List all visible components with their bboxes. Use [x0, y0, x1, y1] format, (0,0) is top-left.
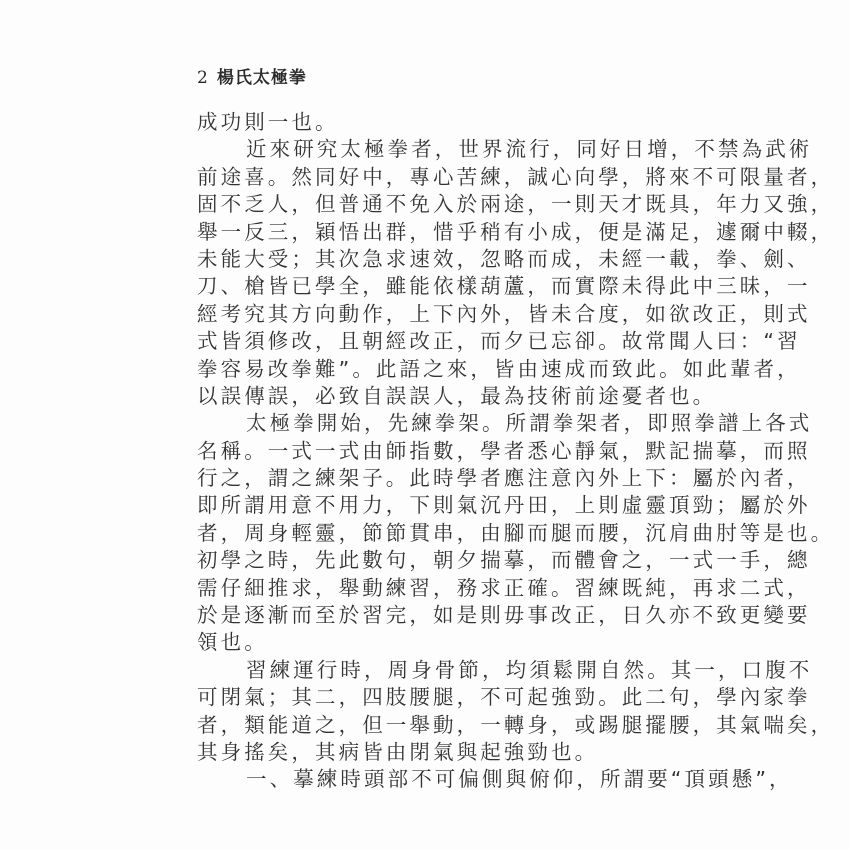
text-line: 未能大受；其次急求速效，忽略而成，未經一載，拳、劍、: [197, 246, 667, 273]
text-line: 於是逐漸而至於習完，如是則毋事改正，日久亦不致更變要: [197, 602, 667, 629]
text-line: 其身搖矣，其病皆由閉氣與起強勁也。: [197, 739, 667, 766]
text-line: 拳容易改拳難”。此語之來，皆由速成而致此。如此輩者，: [197, 356, 667, 383]
text-line: 名稱。一式一式由師指數，學者悉心靜氣，默記揣摹，而照: [197, 438, 667, 465]
text-line: 刀、槍皆已學全，雖能依樣葫蘆，而實際未得此中三昧，一: [197, 273, 667, 300]
text-line: 近來研究太極拳者，世界流行，同好日增，不禁為武術: [197, 136, 667, 163]
text-line: 需仔細推求，舉動練習，務求正確。習練既純，再求二式，: [197, 575, 667, 602]
text-line: 行之，謂之練架子。此時學者應注意內外上下：屬於內者，: [197, 465, 667, 492]
text-line: 固不乏人，但普通不免入於兩途，一則天才既具，年力又強，: [197, 191, 667, 218]
text-line: 式皆須修改，且朝經改正，而夕已忘卻。故常聞人曰：“習: [197, 328, 667, 355]
page-number: 2: [197, 68, 209, 88]
book-title: 楊氏太極拳: [217, 68, 307, 88]
text-line: 成功則一也。: [197, 109, 667, 136]
text-line: 前途喜。然同好中，專心苦練，誠心向學，將來不可限量者，: [197, 164, 667, 191]
book-page: 2楊氏太極拳 成功則一也。 近來研究太極拳者，世界流行，同好日增，不禁為武術 前…: [0, 0, 850, 850]
text-line: 習練運行時，周身骨節，均須鬆開自然。其一，口腹不: [197, 657, 667, 684]
body-text: 成功則一也。 近來研究太極拳者，世界流行，同好日增，不禁為武術 前途喜。然同好中…: [197, 109, 667, 794]
text-line: 者，類能道之，但一舉動，一轉身，或踢腿擺腰，其氣喘矣，: [197, 712, 667, 739]
text-line: 即所謂用意不用力，下則氣沉丹田，上則虛靈頂勁；屬於外: [197, 492, 667, 519]
text-line: 太極拳開始，先練拳架。所謂拳架者，即照拳譜上各式: [197, 410, 667, 437]
text-line: 舉一反三，穎悟出群，惜乎稍有小成，便是滿足，遽爾中輟，: [197, 219, 667, 246]
text-line: 領也。: [197, 629, 667, 656]
text-line: 者，周身輕靈，節節貫串，由腳而腿而腰，沉肩曲肘等是也。: [197, 520, 667, 547]
text-line: 經考究其方向動作，上下內外，皆未合度，如欲改正，則式: [197, 301, 667, 328]
text-line: 初學之時，先此數句，朝夕揣摹，而體會之，一式一手，總: [197, 547, 667, 574]
text-line: 一、摹練時頭部不可偏側與俯仰，所謂要“頂頭懸”，: [197, 766, 667, 793]
running-header: 2楊氏太極拳: [197, 67, 307, 89]
text-line: 可閉氣；其二，四肢腰腿，不可起強勁。此二句，學內家拳: [197, 684, 667, 711]
text-line: 以誤傳誤，必致自誤誤人，最為技術前途憂者也。: [197, 383, 667, 410]
